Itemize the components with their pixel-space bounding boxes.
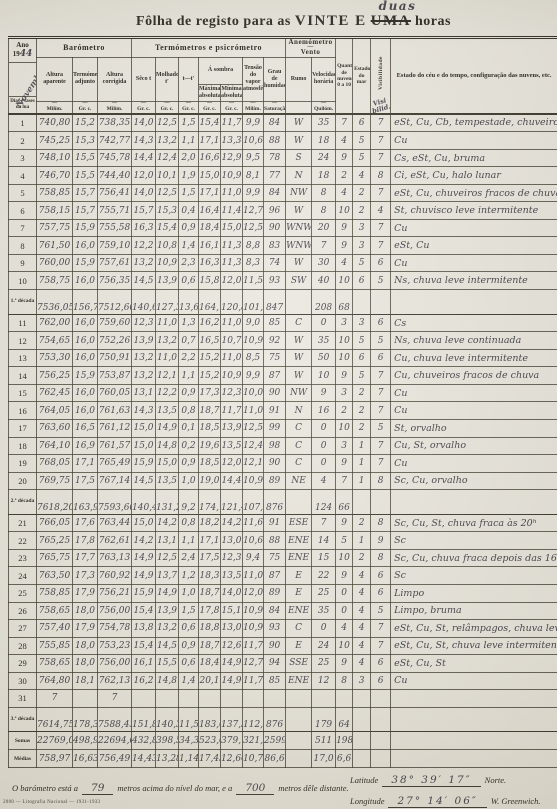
min-temperature-cell: 137,5 — [221, 707, 243, 732]
table-header: Ano 1944 Novembro de 1944 Dias e fases d… — [9, 38, 557, 114]
col-header-wind-speed: Velocidade horária — [312, 57, 336, 101]
min-temperature-cell: 15,0 — [221, 219, 243, 237]
tt-difference-cell: 1,5 — [179, 114, 199, 132]
day-cell: 7 — [9, 219, 37, 237]
clouds-quantity-cell: 6,6 — [336, 750, 353, 768]
corrected-height-cell: 753,87 — [98, 367, 132, 385]
wet-bulb-cell: 15,3 — [156, 202, 179, 220]
wind-speed-cell: 24 — [312, 149, 336, 167]
vapour-tension-cell: 112,5 — [243, 707, 264, 732]
wind-direction-cell: NW — [286, 184, 312, 202]
tt-difference-cell: 0,8 — [179, 402, 199, 420]
min-temperature-cell: 120,8 — [221, 290, 243, 315]
max-temperature-cell: 15,8 — [199, 272, 221, 290]
day-cell: 24 — [9, 567, 37, 585]
corrected-height-cell: 750,91 — [98, 349, 132, 367]
min-temperature-cell: 11,3 — [221, 254, 243, 272]
sea-state-cell: 3 — [353, 219, 371, 237]
day-cell: 27 — [9, 620, 37, 638]
visibility-cell — [371, 290, 391, 315]
dry-bulb-cell: 13,2 — [132, 349, 156, 367]
tt-difference-cell: 9,2 — [179, 490, 199, 515]
day-cell: 2.ª década — [9, 490, 37, 515]
day-cell: 22 — [9, 532, 37, 550]
attached-thermometer-cell: 16,0 — [73, 384, 98, 402]
table-row: 1.ª década 7536,05 156,7 7512,60 140,6 1… — [9, 290, 557, 315]
sea-state-cell: 1 — [353, 455, 371, 473]
humidity-degree-cell: 99 — [264, 419, 286, 437]
tt-difference-cell: 2,3 — [179, 254, 199, 272]
max-temperature-cell: 18,4 — [199, 219, 221, 237]
min-temperature-cell: 14,9 — [221, 672, 243, 690]
visibility-cell: 5 — [371, 332, 391, 350]
apparent-height-cell: 758,85 — [37, 184, 73, 202]
apparent-height-cell: 757,75 — [37, 219, 73, 237]
sea-state-cell: 2 — [353, 384, 371, 402]
corrected-height-cell: 763,13 — [98, 549, 132, 567]
sea-state-cell: 2 — [353, 184, 371, 202]
corrected-height-cell: 757,61 — [98, 254, 132, 272]
corrected-height-cell: 761,57 — [98, 437, 132, 455]
sea-state-cell: 1 — [353, 532, 371, 550]
humidity-degree-cell: 90 — [264, 455, 286, 473]
dry-bulb-cell: 151,8 — [132, 707, 156, 732]
wind-direction-cell — [286, 490, 312, 515]
wind-speed-cell: 35 — [312, 332, 336, 350]
min-temperature-cell: 11,7 — [221, 114, 243, 132]
title-hours-words: VINTE E — [295, 13, 367, 29]
min-temperature-cell: 10,9 — [221, 167, 243, 185]
humidity-degree-cell: 2599 — [264, 732, 286, 750]
wind-speed-cell: 24 — [312, 637, 336, 655]
table-row: 17 763,60 16,5 761,12 15,0 14,9 0,1 18,5… — [9, 419, 557, 437]
apparent-height-cell: 758,75 — [37, 272, 73, 290]
unit-max: Gr. c. — [199, 101, 221, 114]
wet-bulb-cell — [156, 690, 179, 708]
vapour-tension-cell: 9,0 — [243, 314, 264, 332]
table-row: 5 758,85 15,7 756,41 14,0 12,5 1,5 17,1 … — [9, 184, 557, 202]
vapour-tension-cell: 9,4 — [243, 549, 264, 567]
dry-bulb-cell: 14,0 — [132, 114, 156, 132]
vapour-tension-cell: 10,6 — [243, 532, 264, 550]
apparent-height-cell: 768,05 — [37, 455, 73, 473]
attached-thermometer-cell: 17,7 — [73, 549, 98, 567]
apparent-height-cell: 769,75 — [37, 472, 73, 490]
tt-difference-cell: 1,2 — [179, 567, 199, 585]
dry-bulb-cell: 15,0 — [132, 514, 156, 532]
humidity-degree-cell: 87 — [264, 367, 286, 385]
longitude-line: Longitude 27° 14′ 06″ W. Greenwich. — [350, 791, 540, 809]
wind-direction-cell: W — [286, 254, 312, 272]
visibility-cell: 6 — [371, 672, 391, 690]
tt-difference-cell: 13,6 — [179, 290, 199, 315]
dry-bulb-cell: 12,0 — [132, 167, 156, 185]
vapour-tension-cell: 8,8 — [243, 237, 264, 255]
tt-difference-cell: 1,1 — [179, 532, 199, 550]
humidity-degree-cell: 91 — [264, 402, 286, 420]
vapour-tension-cell: 10,6 — [243, 132, 264, 150]
wind-direction-cell: ENE — [286, 549, 312, 567]
clouds-quantity-cell: 9 — [336, 514, 353, 532]
sky-remarks-cell: eSt, Cu — [391, 237, 557, 255]
max-temperature-cell: 17,1 — [199, 184, 221, 202]
visibility-cell — [371, 490, 391, 515]
humidity-degree-cell: 91 — [264, 514, 286, 532]
year-label: Ano 1944 — [9, 39, 36, 63]
wet-bulb-cell: 12,5 — [156, 184, 179, 202]
sea-state-cell: 4 — [353, 655, 371, 673]
attached-thermometer-cell: 15,9 — [73, 367, 98, 385]
day-cell: 12 — [9, 332, 37, 350]
table-row: 4 746,70 15,5 744,40 12,0 10,1 1,9 15,0 … — [9, 167, 557, 185]
year-month-header: Ano 1944 Novembro de 1944 Dias e fases d… — [9, 38, 37, 114]
apparent-height-cell: 764,10 — [37, 437, 73, 455]
max-temperature-cell: 16,6 — [199, 149, 221, 167]
sky-remarks-header: Estado do céu e do tempo, configuração d… — [391, 38, 557, 114]
vapour-tension-cell: 101,8 — [243, 290, 264, 315]
attached-thermometer-cell: 17,5 — [73, 472, 98, 490]
table-row: 29 758,65 18,0 756,00 16,1 15,5 0,6 18,4… — [9, 655, 557, 673]
clouds-quantity-cell: 5 — [336, 532, 353, 550]
wind-direction-cell: ENE — [286, 532, 312, 550]
apparent-height-cell: 763,60 — [37, 419, 73, 437]
vapour-tension-cell: 8,5 — [243, 349, 264, 367]
sea-state-cell: 4 — [353, 602, 371, 620]
wind-speed-cell: 30 — [312, 254, 336, 272]
corrected-height-cell: 752,26 — [98, 332, 132, 350]
wind-direction-cell: W — [286, 132, 312, 150]
min-temperature-cell: 13,5 — [221, 567, 243, 585]
vapour-tension-cell: 11,7 — [243, 672, 264, 690]
humidity-degree-cell: 88 — [264, 132, 286, 150]
handwritten-correction: duas — [379, 0, 417, 13]
sea-state-cell — [353, 490, 371, 515]
max-temperature-cell: 18,4 — [199, 655, 221, 673]
day-cell: 29 — [9, 655, 37, 673]
clouds-quantity-cell: 4 — [336, 254, 353, 272]
dry-bulb-cell: 14,43 — [132, 750, 156, 768]
max-temperature-cell: 17,5 — [199, 549, 221, 567]
dry-bulb-cell: 14,3 — [132, 132, 156, 150]
sea-state-cell: 4 — [353, 620, 371, 638]
humidity-degree-cell: 74 — [264, 254, 286, 272]
unit-min: Gr. c. — [221, 101, 243, 114]
attached-thermometer-cell: 18,1 — [73, 672, 98, 690]
vapour-tension-cell: 321,5 — [243, 732, 264, 750]
attached-thermometer-cell: 18,0 — [73, 655, 98, 673]
day-cell: 15 — [9, 384, 37, 402]
humidity-degree-cell: 85 — [264, 314, 286, 332]
wet-bulb-cell: 10,9 — [156, 254, 179, 272]
corrected-height-cell: 756,41 — [98, 184, 132, 202]
anemometer-group-header: Anemómetro—Vento — [286, 38, 336, 58]
clouds-quantity-cell: 68 — [336, 290, 353, 315]
sea-state-cell: 2 — [353, 402, 371, 420]
clouds-quantity-cell: 10 — [336, 332, 353, 350]
attached-thermometer-cell: 178,3 — [73, 707, 98, 732]
wet-bulb-cell: 140,3 — [156, 707, 179, 732]
day-cell: 30 — [9, 672, 37, 690]
apparent-height-cell: 764,05 — [37, 402, 73, 420]
title-prefix: Fôlha de registo para as — [136, 14, 291, 29]
dry-bulb-cell: 12,2 — [132, 237, 156, 255]
wind-direction-cell: NW — [286, 384, 312, 402]
apparent-height-cell: 7618,20 — [37, 490, 73, 515]
tt-difference-cell: 0,4 — [179, 202, 199, 220]
dry-bulb-cell: 14,0 — [132, 184, 156, 202]
wet-bulb-cell: 13,7 — [156, 567, 179, 585]
humidity-degree-cell: 78 — [264, 149, 286, 167]
table-row: 14 756,25 15,9 753,87 13,2 12,1 1,1 15,2… — [9, 367, 557, 385]
wind-direction-cell: WNW — [286, 237, 312, 255]
col-header-min-absolute: Mínima absoluta — [221, 84, 243, 101]
wind-direction-cell: C — [286, 314, 312, 332]
table-row: 24 763,50 17,3 760,92 14,9 13,7 1,2 18,3… — [9, 567, 557, 585]
wet-bulb-cell: 14,9 — [156, 419, 179, 437]
table-row: 8 761,50 16,0 759,10 12,2 10,8 1,4 16,1 … — [9, 237, 557, 255]
table-row: 13 753,30 16,0 750,91 13,2 11,0 2,2 15,2… — [9, 349, 557, 367]
table-row: 1 740,80 15,2 738,35 14,0 12,5 1,5 15,4 … — [9, 114, 557, 132]
wind-speed-cell: 35 — [312, 602, 336, 620]
vapour-tension-cell: 8,3 — [243, 254, 264, 272]
table-row: 9 760,00 15,9 757,61 13,2 10,9 2,3 16,3 … — [9, 254, 557, 272]
tt-difference-cell: 1,4 — [179, 672, 199, 690]
min-temperature-cell: 10,7 — [221, 332, 243, 350]
corrected-height-cell: 761,63 — [98, 402, 132, 420]
title-struck-word-wrap: duasUMA — [371, 13, 411, 30]
wind-speed-cell: 25 — [312, 655, 336, 673]
humidity-degree-cell: 93 — [264, 620, 286, 638]
apparent-height-cell: 758,15 — [37, 202, 73, 220]
wet-bulb-cell: 13,9 — [156, 602, 179, 620]
apparent-height-cell: 765,75 — [37, 549, 73, 567]
humidity-degree-cell: 876 — [264, 490, 286, 515]
attached-thermometer-cell: 498,9 — [73, 732, 98, 750]
vapour-tension-cell: 11,0 — [243, 567, 264, 585]
max-temperature-cell: 16,3 — [199, 254, 221, 272]
wind-speed-cell: 8 — [312, 202, 336, 220]
tt-difference-cell: 1,14 — [179, 750, 199, 768]
sky-remarks-cell: Ci, eSt, Cu, halo lunar — [391, 167, 557, 185]
tt-difference-cell: 2,4 — [179, 549, 199, 567]
visibility-cell: 7 — [371, 637, 391, 655]
min-temperature-cell: 12,66 — [221, 750, 243, 768]
sky-remarks-cell: Sc, Cu, chuva fraca depois das 16 horas — [391, 549, 557, 567]
day-cell: 31 — [9, 690, 37, 708]
min-temperature-cell: 13,0 — [221, 532, 243, 550]
dry-bulb-cell: 14,5 — [132, 472, 156, 490]
apparent-height-cell: 7614,75 — [37, 707, 73, 732]
sky-remarks-cell: Cu — [391, 219, 557, 237]
dry-bulb-cell: 140,4 — [132, 490, 156, 515]
apparent-height-cell: 758,97 — [37, 750, 73, 768]
clouds-quantity-cell: 10 — [336, 349, 353, 367]
corrected-height-cell: 767,14 — [98, 472, 132, 490]
attached-thermometer-cell: 16,5 — [73, 419, 98, 437]
visibility-cell: 8 — [371, 167, 391, 185]
sky-remarks-cell: Cu — [391, 254, 557, 272]
unit-humidity: Saturação=100 — [264, 101, 286, 114]
humidity-degree-cell: 93 — [264, 272, 286, 290]
dry-bulb-cell: 13,1 — [132, 384, 156, 402]
clouds-quantity-cell: 4 — [336, 132, 353, 150]
wind-speed-cell: 40 — [312, 272, 336, 290]
corrected-height-cell: 754,78 — [98, 620, 132, 638]
table-row: 27 757,40 17,9 754,78 13,8 13,2 0,6 18,8… — [9, 620, 557, 638]
visibility-cell: 6 — [371, 349, 391, 367]
min-temperature-cell: 12,3 — [221, 549, 243, 567]
visibility-cell: 7 — [371, 384, 391, 402]
max-temperature-cell: 17,1 — [199, 532, 221, 550]
visibility-cell: 8 — [371, 549, 391, 567]
attached-thermometer-cell: 15,9 — [73, 219, 98, 237]
sea-state-cell — [353, 732, 371, 750]
dry-bulb-cell: 15,4 — [132, 602, 156, 620]
apparent-height-cell: 761,50 — [37, 237, 73, 255]
latitude-value: 38° 39′ 17″ — [382, 774, 480, 787]
vapour-tension-cell: 9,9 — [243, 184, 264, 202]
vapour-tension-cell: 12,0 — [243, 584, 264, 602]
corrected-height-cell: 745,78 — [98, 149, 132, 167]
wind-direction-cell: N — [286, 167, 312, 185]
barometer-group-header: Barómetro — [37, 38, 132, 58]
vapour-tension-cell: 10,9 — [243, 602, 264, 620]
wind-speed-cell: 124 — [312, 490, 336, 515]
sea-state-cell: 2 — [353, 549, 371, 567]
barometer-footnote: O barómetro está a 79 metros acima do ní… — [12, 778, 349, 796]
attached-thermometer-cell: 18,0 — [73, 602, 98, 620]
attached-thermometer-cell: 16,9 — [73, 437, 98, 455]
col-header-vapour-tension: Tensão do vapor atmosférico — [243, 57, 264, 101]
sky-remarks-cell: Cs — [391, 314, 557, 332]
table-row: 15 762,45 16,0 760,05 13,1 12,2 0,9 17,3… — [9, 384, 557, 402]
max-temperature-cell: 17,8 — [199, 602, 221, 620]
wind-direction-cell: E — [286, 637, 312, 655]
longitude-value: 27° 14′ 06″ — [388, 795, 486, 808]
clouds-quantity-header: Quantidade de nuvens 0 a 10 — [336, 38, 353, 114]
clouds-quantity-cell: 9 — [336, 237, 353, 255]
sky-remarks-cell: Cu, St, orvalho — [391, 437, 557, 455]
dry-bulb-cell: 432,8 — [132, 732, 156, 750]
dry-bulb-cell — [132, 690, 156, 708]
day-cell: 17 — [9, 419, 37, 437]
col-header-max-absolute: Máxima absoluta — [199, 84, 221, 101]
sky-remarks-cell: Sc — [391, 567, 557, 585]
attached-thermometer-cell: 15,3 — [73, 132, 98, 150]
latitude-suffix: Norte. — [485, 775, 507, 785]
table-row: 19 768,05 17,1 765,49 15,9 15,0 0,9 18,5… — [9, 455, 557, 473]
corrected-height-cell: 762,61 — [98, 532, 132, 550]
apparent-height-cell: 758,65 — [37, 655, 73, 673]
wind-direction-cell — [286, 707, 312, 732]
apparent-height-cell: 753,30 — [37, 349, 73, 367]
dry-bulb-cell: 13,9 — [132, 332, 156, 350]
min-temperature-cell: 11,7 — [221, 402, 243, 420]
vapour-tension-cell: 11,5 — [243, 272, 264, 290]
wet-bulb-cell: 13,2 — [156, 132, 179, 150]
wind-speed-cell: 22 — [312, 567, 336, 585]
day-cell: 6 — [9, 202, 37, 220]
corrected-height-cell: 763,44 — [98, 514, 132, 532]
humidity-degree-cell: 84 — [264, 114, 286, 132]
visibility-cell: 7 — [371, 237, 391, 255]
dry-bulb-cell: 15,7 — [132, 202, 156, 220]
humidity-degree-cell: 89 — [264, 472, 286, 490]
vapour-tension-cell: 12,1 — [243, 455, 264, 473]
wet-bulb-cell: 13,5 — [156, 472, 179, 490]
visibility-cell: 7 — [371, 367, 391, 385]
max-temperature-cell: 15,0 — [199, 167, 221, 185]
table-row: 3 748,10 15,5 745,78 14,4 12,4 2,0 16,6 … — [9, 149, 557, 167]
sky-remarks-cell: Sc, Cu, orvalho — [391, 472, 557, 490]
humidity-degree-cell: 86,6 — [264, 750, 286, 768]
apparent-height-cell: 740,80 — [37, 114, 73, 132]
wet-bulb-cell: 13,2 — [156, 332, 179, 350]
day-cell: 2 — [9, 132, 37, 150]
table-row: 30 764,80 18,1 762,13 16,2 14,8 1,4 20,1… — [9, 672, 557, 690]
attached-thermometer-cell: 17,3 — [73, 567, 98, 585]
sea-state-cell — [353, 707, 371, 732]
clouds-quantity-cell: 2 — [336, 167, 353, 185]
wind-speed-cell: 18 — [312, 167, 336, 185]
clouds-quantity-cell: 7 — [336, 472, 353, 490]
sky-remarks-cell: Sc — [391, 532, 557, 550]
wet-bulb-cell: 11,0 — [156, 314, 179, 332]
col-header-apparent-height: Altura aparente — [37, 57, 73, 101]
sky-remarks-cell: Cu — [391, 455, 557, 473]
visibility-cell: 9 — [371, 532, 391, 550]
min-temperature-cell: 13,0 — [221, 620, 243, 638]
wet-bulb-cell: 14,5 — [156, 637, 179, 655]
thermometer-group-header: Termómetros e psicrómetro — [132, 38, 286, 58]
humidity-degree-cell: 94 — [264, 655, 286, 673]
vapour-tension-cell: 10,72 — [243, 750, 264, 768]
day-cell: 1.ª década — [9, 290, 37, 315]
vapour-tension-cell: 12,7 — [243, 202, 264, 220]
min-temperature-cell — [221, 690, 243, 708]
day-cell: 21 — [9, 514, 37, 532]
wet-bulb-cell: 10,8 — [156, 237, 179, 255]
tt-difference-cell: 0,9 — [179, 384, 199, 402]
table-row: 6 758,15 15,7 755,71 15,7 15,3 0,4 16,4 … — [9, 202, 557, 220]
humidity-degree-cell: 89 — [264, 584, 286, 602]
attached-thermometer-cell: 15,7 — [73, 202, 98, 220]
attached-thermometer-cell: 17,6 — [73, 514, 98, 532]
max-temperature-cell: 18,2 — [199, 514, 221, 532]
attached-thermometer-cell: 16,0 — [73, 332, 98, 350]
min-temperature-cell: 13,9 — [221, 419, 243, 437]
max-temperature-cell: 19,0 — [199, 472, 221, 490]
clouds-quantity-cell: 9 — [336, 367, 353, 385]
clouds-quantity-cell: 9 — [336, 655, 353, 673]
visibility-cell: 7 — [371, 184, 391, 202]
humidity-degree-cell: 87 — [264, 567, 286, 585]
table-row: 2 745,25 15,3 742,77 14,3 13,2 1,1 17,1 … — [9, 132, 557, 150]
attached-thermometer-cell: 15,9 — [73, 254, 98, 272]
wind-speed-cell: 511 — [312, 732, 336, 750]
wind-direction-cell: NE — [286, 472, 312, 490]
sea-state-cell: 4 — [353, 584, 371, 602]
apparent-height-cell: 754,65 — [37, 332, 73, 350]
wind-direction-cell: ENE — [286, 602, 312, 620]
visibility-cell: 7 — [371, 132, 391, 150]
corrected-height-cell: 760,92 — [98, 567, 132, 585]
wet-bulb-cell: 12,5 — [156, 549, 179, 567]
sky-remarks-cell: Cu — [391, 672, 557, 690]
min-temperature-cell: 12,6 — [221, 637, 243, 655]
day-cell: 10 — [9, 272, 37, 290]
sea-state-cell: 3 — [353, 672, 371, 690]
